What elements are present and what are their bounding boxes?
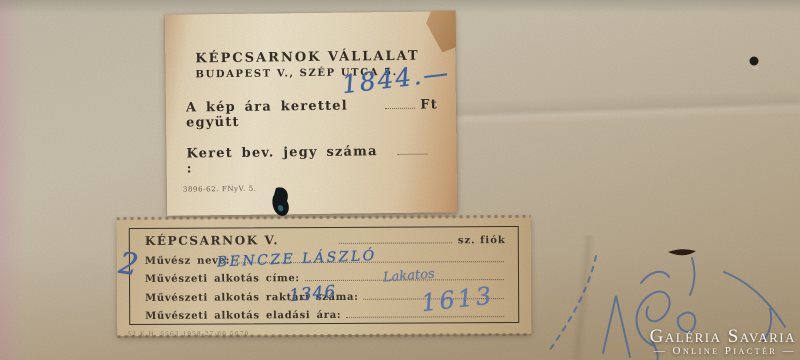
- watermark-site-name: Galéria Savaria: [650, 327, 796, 347]
- gallery-price-label: KÉPCSARNOK VÁLLALAT BUDAPEST V., SZÉP UT…: [165, 11, 457, 216]
- currency-label: Ft: [420, 97, 438, 112]
- perforated-edge: [117, 215, 531, 220]
- nail-hole: [750, 57, 759, 66]
- cardboard-left-edge-shading: [0, 0, 26, 360]
- cardboard-crease: [430, 89, 800, 128]
- nail-hole-glint: [750, 66, 760, 69]
- gallery-inventory-label: KÉPCSARNOK V. sz. fiók Művész neve: Művé…: [117, 217, 532, 336]
- dotted-line: [339, 242, 452, 244]
- price-label: A kép ára kerettel együtt: [186, 98, 380, 130]
- branch-name: KÉPCSARNOK V.: [145, 233, 279, 248]
- branch-suffix: sz. fiók: [458, 235, 506, 246]
- artwork-title-label: Művészeti alkotás címe:: [145, 273, 300, 285]
- print-code: 52 K.H. 5563 1958-27-66 5070: [127, 330, 249, 338]
- cardboard-crease: [570, 235, 597, 360]
- cardboard-tear: [668, 249, 696, 255]
- price-row: A kép ára kerettel együtt Ft: [186, 97, 438, 130]
- sale-price-label: Művészeti alkotás eladási ára:: [145, 310, 341, 322]
- folded-corner: [423, 10, 457, 52]
- print-code: 3896-62. FNyV. 5.: [183, 185, 257, 194]
- photo-picture-backing: KÉPCSARNOK VÁLLALAT BUDAPEST V., SZÉP UT…: [0, 0, 800, 360]
- dotted-line: [385, 108, 415, 109]
- watermark-tagline: — Online Piactér —: [650, 346, 796, 358]
- frame-receipt-label: Keret bev. jegy száma :: [186, 144, 391, 177]
- dotted-line: [398, 154, 428, 155]
- frame-receipt-row: Keret bev. jegy száma :: [186, 144, 432, 177]
- branch-header-row: KÉPCSARNOK V. sz. fiók: [145, 232, 506, 248]
- site-watermark: Galéria Savaria — Online Piactér —: [650, 327, 796, 358]
